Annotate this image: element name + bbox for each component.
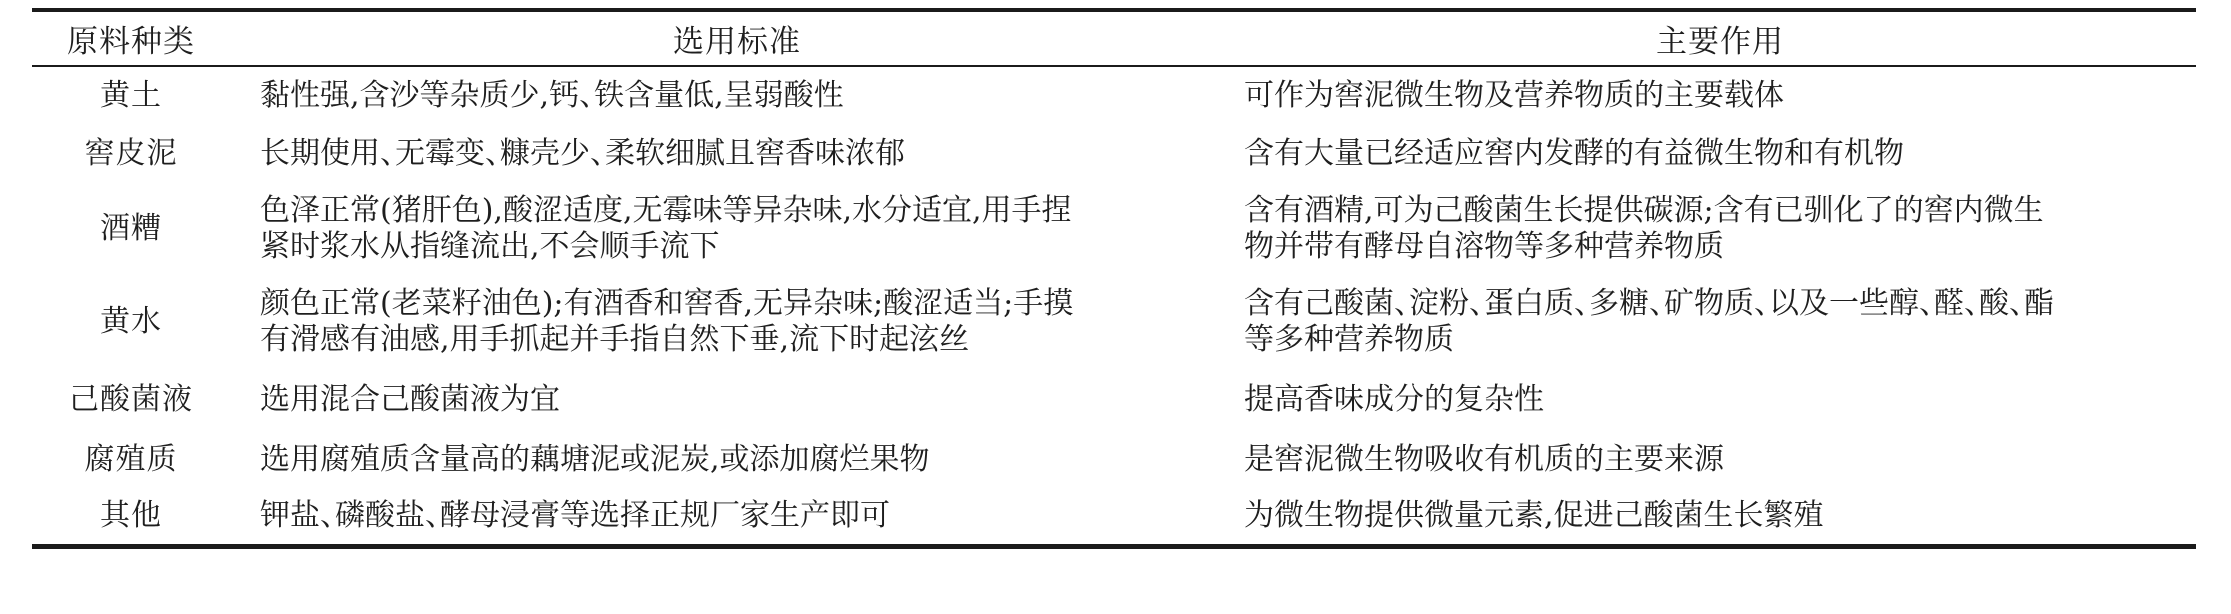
material-cell: 其他 <box>32 489 230 546</box>
table-row-jiuzao: 酒糟 色泽正常(猪肝色),酸涩适度,无霉味等异杂味,水分适宜,用手捏 紧时浆水从… <box>32 183 2196 274</box>
criteria-cell: 长期使用、无霉变、糠壳少、柔软细腻且窖香味浓郁 <box>230 124 1214 183</box>
criteria-cell: 选用腐殖质含量高的藕塘泥或泥炭,或添加腐烂果物 <box>230 431 1214 489</box>
table-row-huangtu: 黄土 黏性强,含沙等杂质少,钙、铁含量低,呈弱酸性 可作为窖泥微生物及营养物质的… <box>32 66 2196 124</box>
table-row-qita: 其他 钾盐、磷酸盐、酵母浸膏等选择正规厂家生产即可 为微生物提供微量元素,促进己… <box>32 489 2196 546</box>
action-cell: 为微生物提供微量元素,促进己酸菌生长繁殖 <box>1214 489 2196 546</box>
header-material-type: 原料种类 <box>32 10 230 66</box>
paper-table-page: 原料种类 选用标准 主要作用 黄土 黏性强,含沙等杂质少,钙、铁含量低,呈弱酸性… <box>0 0 2231 614</box>
action-cell: 含有己酸菌、淀粉、蛋白质、多糖、矿物质、以及一些醇、醛、酸、酯 等多种营养物质 <box>1214 274 2196 369</box>
table-row-jiaopini: 窖皮泥 长期使用、无霉变、糠壳少、柔软细腻且窖香味浓郁 含有大量已经适应窖内发酵… <box>32 124 2196 183</box>
criteria-cell: 钾盐、磷酸盐、酵母浸膏等选择正规厂家生产即可 <box>230 489 1214 546</box>
material-cell: 窖皮泥 <box>32 124 230 183</box>
action-cell: 可作为窖泥微生物及营养物质的主要载体 <box>1214 66 2196 124</box>
material-cell: 酒糟 <box>32 183 230 274</box>
raw-materials-table: 原料种类 选用标准 主要作用 黄土 黏性强,含沙等杂质少,钙、铁含量低,呈弱酸性… <box>32 8 2196 549</box>
criteria-cell: 颜色正常(老菜籽油色);有酒香和窖香,无异杂味;酸涩适当;手摸 有滑感有油感,用… <box>230 274 1214 369</box>
material-cell: 黄土 <box>32 66 230 124</box>
material-cell: 己酸菌液 <box>32 369 230 431</box>
header-main-function: 主要作用 <box>1214 10 2196 66</box>
action-cell: 提高香味成分的复杂性 <box>1214 369 2196 431</box>
header-selection-criteria: 选用标准 <box>230 10 1214 66</box>
criteria-cell: 黏性强,含沙等杂质少,钙、铁含量低,呈弱酸性 <box>230 66 1214 124</box>
table-row-jisuanjunye: 己酸菌液 选用混合己酸菌液为宜 提高香味成分的复杂性 <box>32 369 2196 431</box>
criteria-cell: 选用混合己酸菌液为宜 <box>230 369 1214 431</box>
action-cell: 是窖泥微生物吸收有机质的主要来源 <box>1214 431 2196 489</box>
table-row-huangshui: 黄水 颜色正常(老菜籽油色);有酒香和窖香,无异杂味;酸涩适当;手摸 有滑感有油… <box>32 274 2196 369</box>
action-cell: 含有大量已经适应窖内发酵的有益微生物和有机物 <box>1214 124 2196 183</box>
material-cell: 腐殖质 <box>32 431 230 489</box>
criteria-cell: 色泽正常(猪肝色),酸涩适度,无霉味等异杂味,水分适宜,用手捏 紧时浆水从指缝流… <box>230 183 1214 274</box>
table-row-fuzhizhi: 腐殖质 选用腐殖质含量高的藕塘泥或泥炭,或添加腐烂果物 是窖泥微生物吸收有机质的… <box>32 431 2196 489</box>
table-header-row: 原料种类 选用标准 主要作用 <box>32 10 2196 66</box>
material-cell: 黄水 <box>32 274 230 369</box>
action-cell: 含有酒精,可为己酸菌生长提供碳源;含有已驯化了的窖内微生 物并带有酵母自溶物等多… <box>1214 183 2196 274</box>
